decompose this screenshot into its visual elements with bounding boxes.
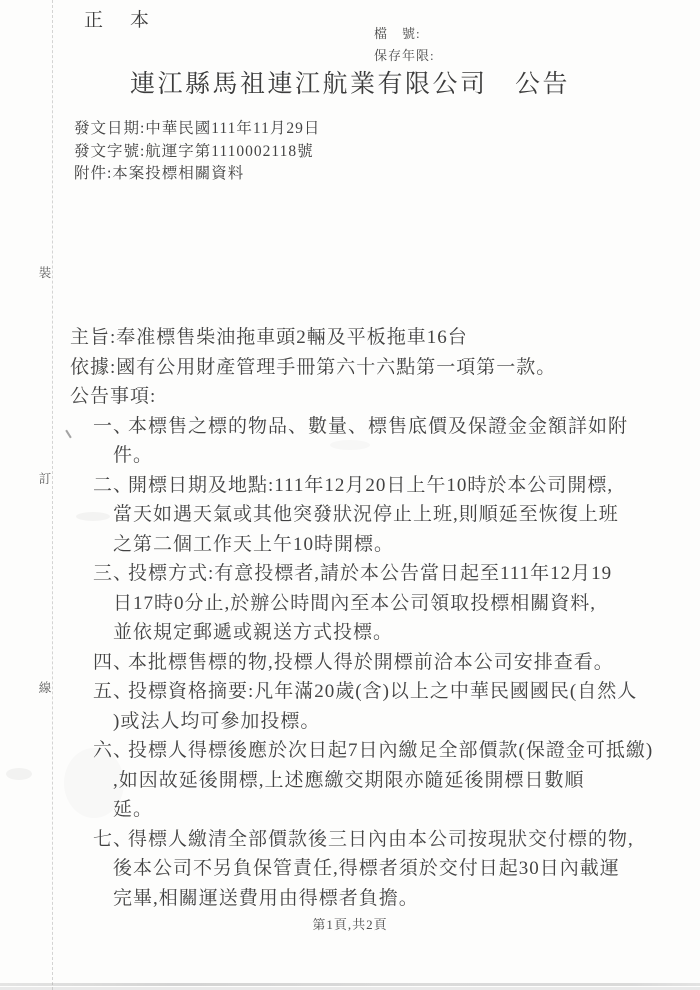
attachment-line: 附件:本案投標相關資料 — [74, 163, 320, 186]
scan-smudge — [64, 748, 124, 818]
item-text: 本標售之標的物品、數量、標售底價及保證金金額詳如附 — [128, 416, 628, 437]
issue-date-line: 發文日期:中華民國111年11月29日 — [74, 118, 320, 141]
doc-number-line: 發文字號:航運字第1110002118號 — [74, 141, 320, 164]
item-text: 投標方式:有意投標者,請於本公告當日起至111年12月19 — [128, 563, 612, 584]
announcement-item-5: 五、投標資格摘要:凡年滿20歲(含)以上之中華民國國民(自然人 )或法人均可參加… — [70, 677, 664, 736]
subject-line: 主旨:奉准標售柴油拖車頭2輛及平板拖車16台 — [70, 323, 664, 353]
item-line: 後本公司不另負保管責任,得標者須於交付日起30日內載運 — [70, 854, 664, 884]
item-line: 並依規定郵遞或親送方式投標。 — [70, 618, 664, 648]
scan-smudge — [330, 440, 370, 450]
item-line: )或法人均可參加投標。 — [70, 707, 664, 737]
item-number: 二、 — [93, 471, 128, 501]
item-text: 投標資格摘要:凡年滿20歲(含)以上之中華民國國民(自然人 — [128, 681, 637, 702]
binding-mark-bottom: 線 — [36, 678, 54, 696]
document-page: 正 本 檔 號: 保存年限: 連江縣馬祖連江航業有限公司 公告 發文日期:中華民… — [0, 0, 700, 990]
item-number: 七、 — [93, 825, 128, 855]
announcement-item-3: 三、投標方式:有意投標者,請於本公告當日起至111年12月19 日17時0分止,… — [70, 559, 664, 648]
file-number-label: 檔 號: — [374, 23, 421, 42]
binding-mark-middle: 訂 — [36, 469, 54, 487]
scan-smudge — [76, 512, 110, 521]
item-number: 一、 — [93, 412, 128, 442]
item-text: 本批標售標的物,投標人得於開標前洽本公司安排查看。 — [128, 652, 614, 673]
items-header: 公告事項: — [70, 382, 664, 412]
item-line: 二、開標日期及地點:111年12月20日上午10時於本公司開標, — [70, 471, 664, 501]
item-line: 延。 — [70, 795, 664, 825]
item-number: 五、 — [93, 677, 128, 707]
announcement-item-4: 四、本批標售標的物,投標人得於開標前洽本公司安排查看。 — [70, 648, 664, 678]
item-line: 七、得標人繳清全部價款後三日內由本公司按現狀交付標的物, — [70, 825, 664, 855]
item-line: 完畢,相關運送費用由得標者負擔。 — [70, 884, 664, 914]
item-text: 開標日期及地點:111年12月20日上午10時於本公司開標, — [128, 475, 613, 496]
item-number: 三、 — [93, 559, 128, 589]
item-line: 六、投標人得標後應於次日起7日內繳足全部價款(保證金可抵繳) — [70, 736, 664, 766]
announcement-item-1: 一、本標售之標的物品、數量、標售底價及保證金金額詳如附 件。 — [70, 412, 664, 471]
announcement-item-7: 七、得標人繳清全部價款後三日內由本公司按現狀交付標的物, 後本公司不另負保管責任… — [70, 825, 664, 914]
page-title: 連江縣馬祖連江航業有限公司 公告 — [0, 64, 700, 100]
item-line: 一、本標售之標的物品、數量、標售底價及保證金金額詳如附 — [70, 412, 664, 442]
scan-smudge — [6, 768, 32, 780]
binding-mark-top: 裝 — [36, 263, 54, 281]
announcement-item-2: 二、開標日期及地點:111年12月20日上午10時於本公司開標, 當天如遇天氣或… — [70, 471, 664, 560]
item-line: 當天如遇天氣或其他突發狀況停止上班,則順延至恢復上班 — [70, 500, 664, 530]
item-line: 日17時0分止,於辦公時間內至本公司領取投標相關資料, — [70, 589, 664, 619]
page-number: 第1頁,共2頁 — [0, 914, 700, 933]
item-text: 投標人得標後應於次日起7日內繳足全部價款(保證金可抵繳) — [128, 740, 653, 761]
item-text: 得標人繳清全部價款後三日內由本公司按現狀交付標的物, — [128, 829, 634, 850]
item-line: 之第二個工作天上午10時開標。 — [70, 530, 664, 560]
item-line: 五、投標資格摘要:凡年滿20歲(含)以上之中華民國國民(自然人 — [70, 677, 664, 707]
announcement-item-6: 六、投標人得標後應於次日起7日內繳足全部價款(保證金可抵繳) ,如因故延後開標,… — [70, 736, 664, 825]
meta-block: 發文日期:中華民國111年11月29日 發文字號:航運字第1110002118號… — [74, 118, 320, 186]
copy-type-label: 正 本 — [84, 5, 153, 32]
fold-line — [52, 0, 53, 990]
retention-period-label: 保存年限: — [374, 45, 435, 64]
announcement-body: 主旨:奉准標售柴油拖車頭2輛及平板拖車16台 依據:國有公用財產管理手冊第六十六… — [70, 323, 664, 913]
basis-line: 依據:國有公用財產管理手冊第六十六點第一項第一款。 — [70, 353, 664, 383]
item-number: 四、 — [93, 648, 128, 678]
item-line: 三、投標方式:有意投標者,請於本公告當日起至111年12月19 — [70, 559, 664, 589]
item-line: 四、本批標售標的物,投標人得於開標前洽本公司安排查看。 — [70, 648, 664, 678]
item-line: ,如因故延後開標,上述應繳交期限亦隨延後開標日數順 — [70, 766, 664, 796]
scan-edge — [0, 983, 700, 986]
